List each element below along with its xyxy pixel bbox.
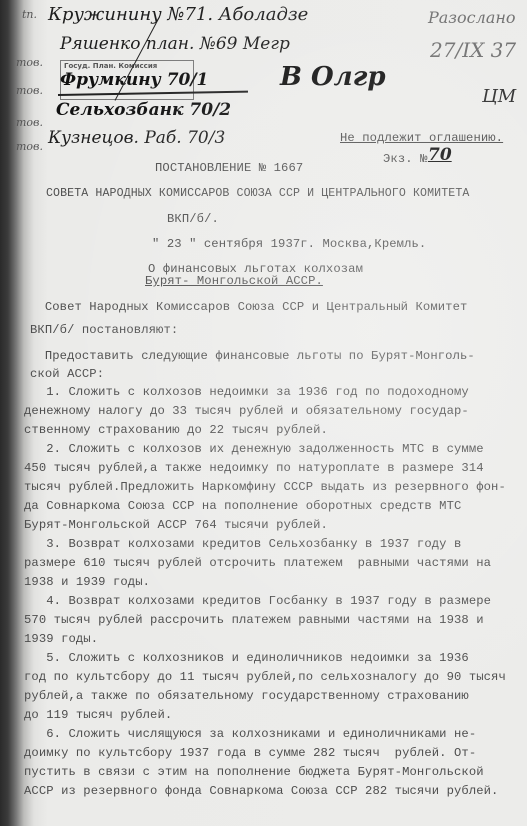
restriction-notice: Не подлежит оглашению. bbox=[340, 131, 503, 145]
handwritten-prefix-3: тов. bbox=[16, 84, 43, 97]
item-3-line-3: 1938 и 1939 годы. bbox=[24, 575, 150, 589]
preamble-line-2: ВКП/б/ постановляют: bbox=[30, 323, 178, 337]
item-3-line-2: размере 610 тысяч рублей отсрочить плате… bbox=[24, 556, 491, 570]
item-2-line-1: 2. Сложить с колхозов их денежную задолж… bbox=[24, 442, 484, 456]
item-2-line-4: да Совнаркома Союза ССР на пополнение об… bbox=[24, 499, 461, 513]
issuer-line-2: ВКП/б/. bbox=[167, 212, 219, 226]
handwritten-prefix-2: тов. bbox=[16, 56, 43, 69]
item-5-line-3: рублей,а также по обязательному государс… bbox=[24, 689, 469, 703]
copy-number: 70 bbox=[428, 145, 452, 165]
item-6-line-3: пустить в связи с этим на пополнение бюд… bbox=[24, 765, 484, 779]
intro-line-1: Предоставить следующие финансовые льготы… bbox=[30, 349, 475, 363]
subject-line-2: Бурят- Монгольской АССР. bbox=[145, 274, 323, 288]
handwritten-prefix-5: тов. bbox=[16, 140, 43, 153]
handwritten-line-2: Ряшенко план. №69 Мегр bbox=[60, 34, 290, 54]
stamp-text: Госуд. План. Комиссия bbox=[64, 62, 157, 70]
handwritten-line-5: Кузнецов. Раб. 70/3 bbox=[48, 128, 225, 148]
intro-line-2: ской АССР: bbox=[30, 367, 104, 381]
margin-note-sent: Разослано bbox=[428, 8, 516, 27]
item-5-line-2: год по культсбору до 11 тысяч рублей,по … bbox=[24, 670, 506, 684]
item-2-line-5: Бурят-Монгольской АССР 764 тысячи рублей… bbox=[24, 518, 328, 532]
item-1-line-1: 1. Сложить с колхозов недоимки за 1936 г… bbox=[24, 385, 469, 399]
item-6-line-1: 6. Сложить числящуюся за колхозниками и … bbox=[24, 727, 476, 741]
handwritten-line-1: Кружинину №71. Аболадзе bbox=[48, 4, 308, 25]
preamble-line-1: Совет Народных Комиссаров Союза ССР и Це… bbox=[30, 300, 467, 314]
item-4-line-3: 1939 годы. bbox=[24, 632, 98, 646]
handwritten-signature: В Олгр bbox=[280, 62, 386, 92]
item-5-line-1: 5. Сложить с колхозников и единоличников… bbox=[24, 651, 469, 665]
margin-note-initials: ЦМ bbox=[482, 86, 516, 107]
decree-title: ПОСТАНОВЛЕНИЕ № 1667 bbox=[155, 161, 303, 175]
item-2-line-2: 450 тысяч рублей,а также недоимку по нат… bbox=[24, 461, 484, 475]
handwritten-line-3: Фрумкину 70/1 bbox=[60, 70, 208, 90]
item-4-line-2: 570 тысяч рублей рассрочить платежем рав… bbox=[24, 613, 484, 627]
item-2-line-3: тысяч рублей.Предложить Наркомфину СССР … bbox=[24, 480, 506, 494]
item-4-line-1: 4. Возврат колхозами кредитов Госбанку в… bbox=[24, 594, 491, 608]
item-5-line-4: до 119 тысяч рублей. bbox=[24, 708, 172, 722]
item-6-line-4: АССР из резервного фонда Совнаркома Союз… bbox=[24, 784, 498, 798]
margin-note-date: 27/IX 37 bbox=[430, 38, 516, 62]
handwritten-line-4: Сельхозбанк 70/2 bbox=[56, 100, 231, 120]
date-place: " 23 " сентября 1937г. Москва,Кремль. bbox=[152, 237, 426, 251]
copy-label: Экз. № bbox=[383, 152, 427, 166]
item-1-line-3: ственному страхованию до 22 тысяч рублей… bbox=[24, 423, 328, 437]
item-3-line-1: 3. Возврат колхозами кредитов Сельхозбан… bbox=[24, 537, 461, 551]
item-6-line-2: доимку по культсбору 1937 года в сумме 2… bbox=[24, 746, 476, 760]
handwritten-prefix-1: tn. bbox=[22, 8, 37, 21]
handwritten-prefix-4: тов. bbox=[16, 116, 43, 129]
scanned-document-page: tn. Кружинину №71. Аболадзе тов. Ряшенко… bbox=[0, 0, 527, 826]
item-1-line-2: денежному налогу до 33 тысяч рублей и об… bbox=[24, 404, 469, 418]
issuer-line-1: СОВЕТА НАРОДНЫХ КОМИССАРОВ СОЮЗА ССР И Ц… bbox=[46, 187, 469, 200]
